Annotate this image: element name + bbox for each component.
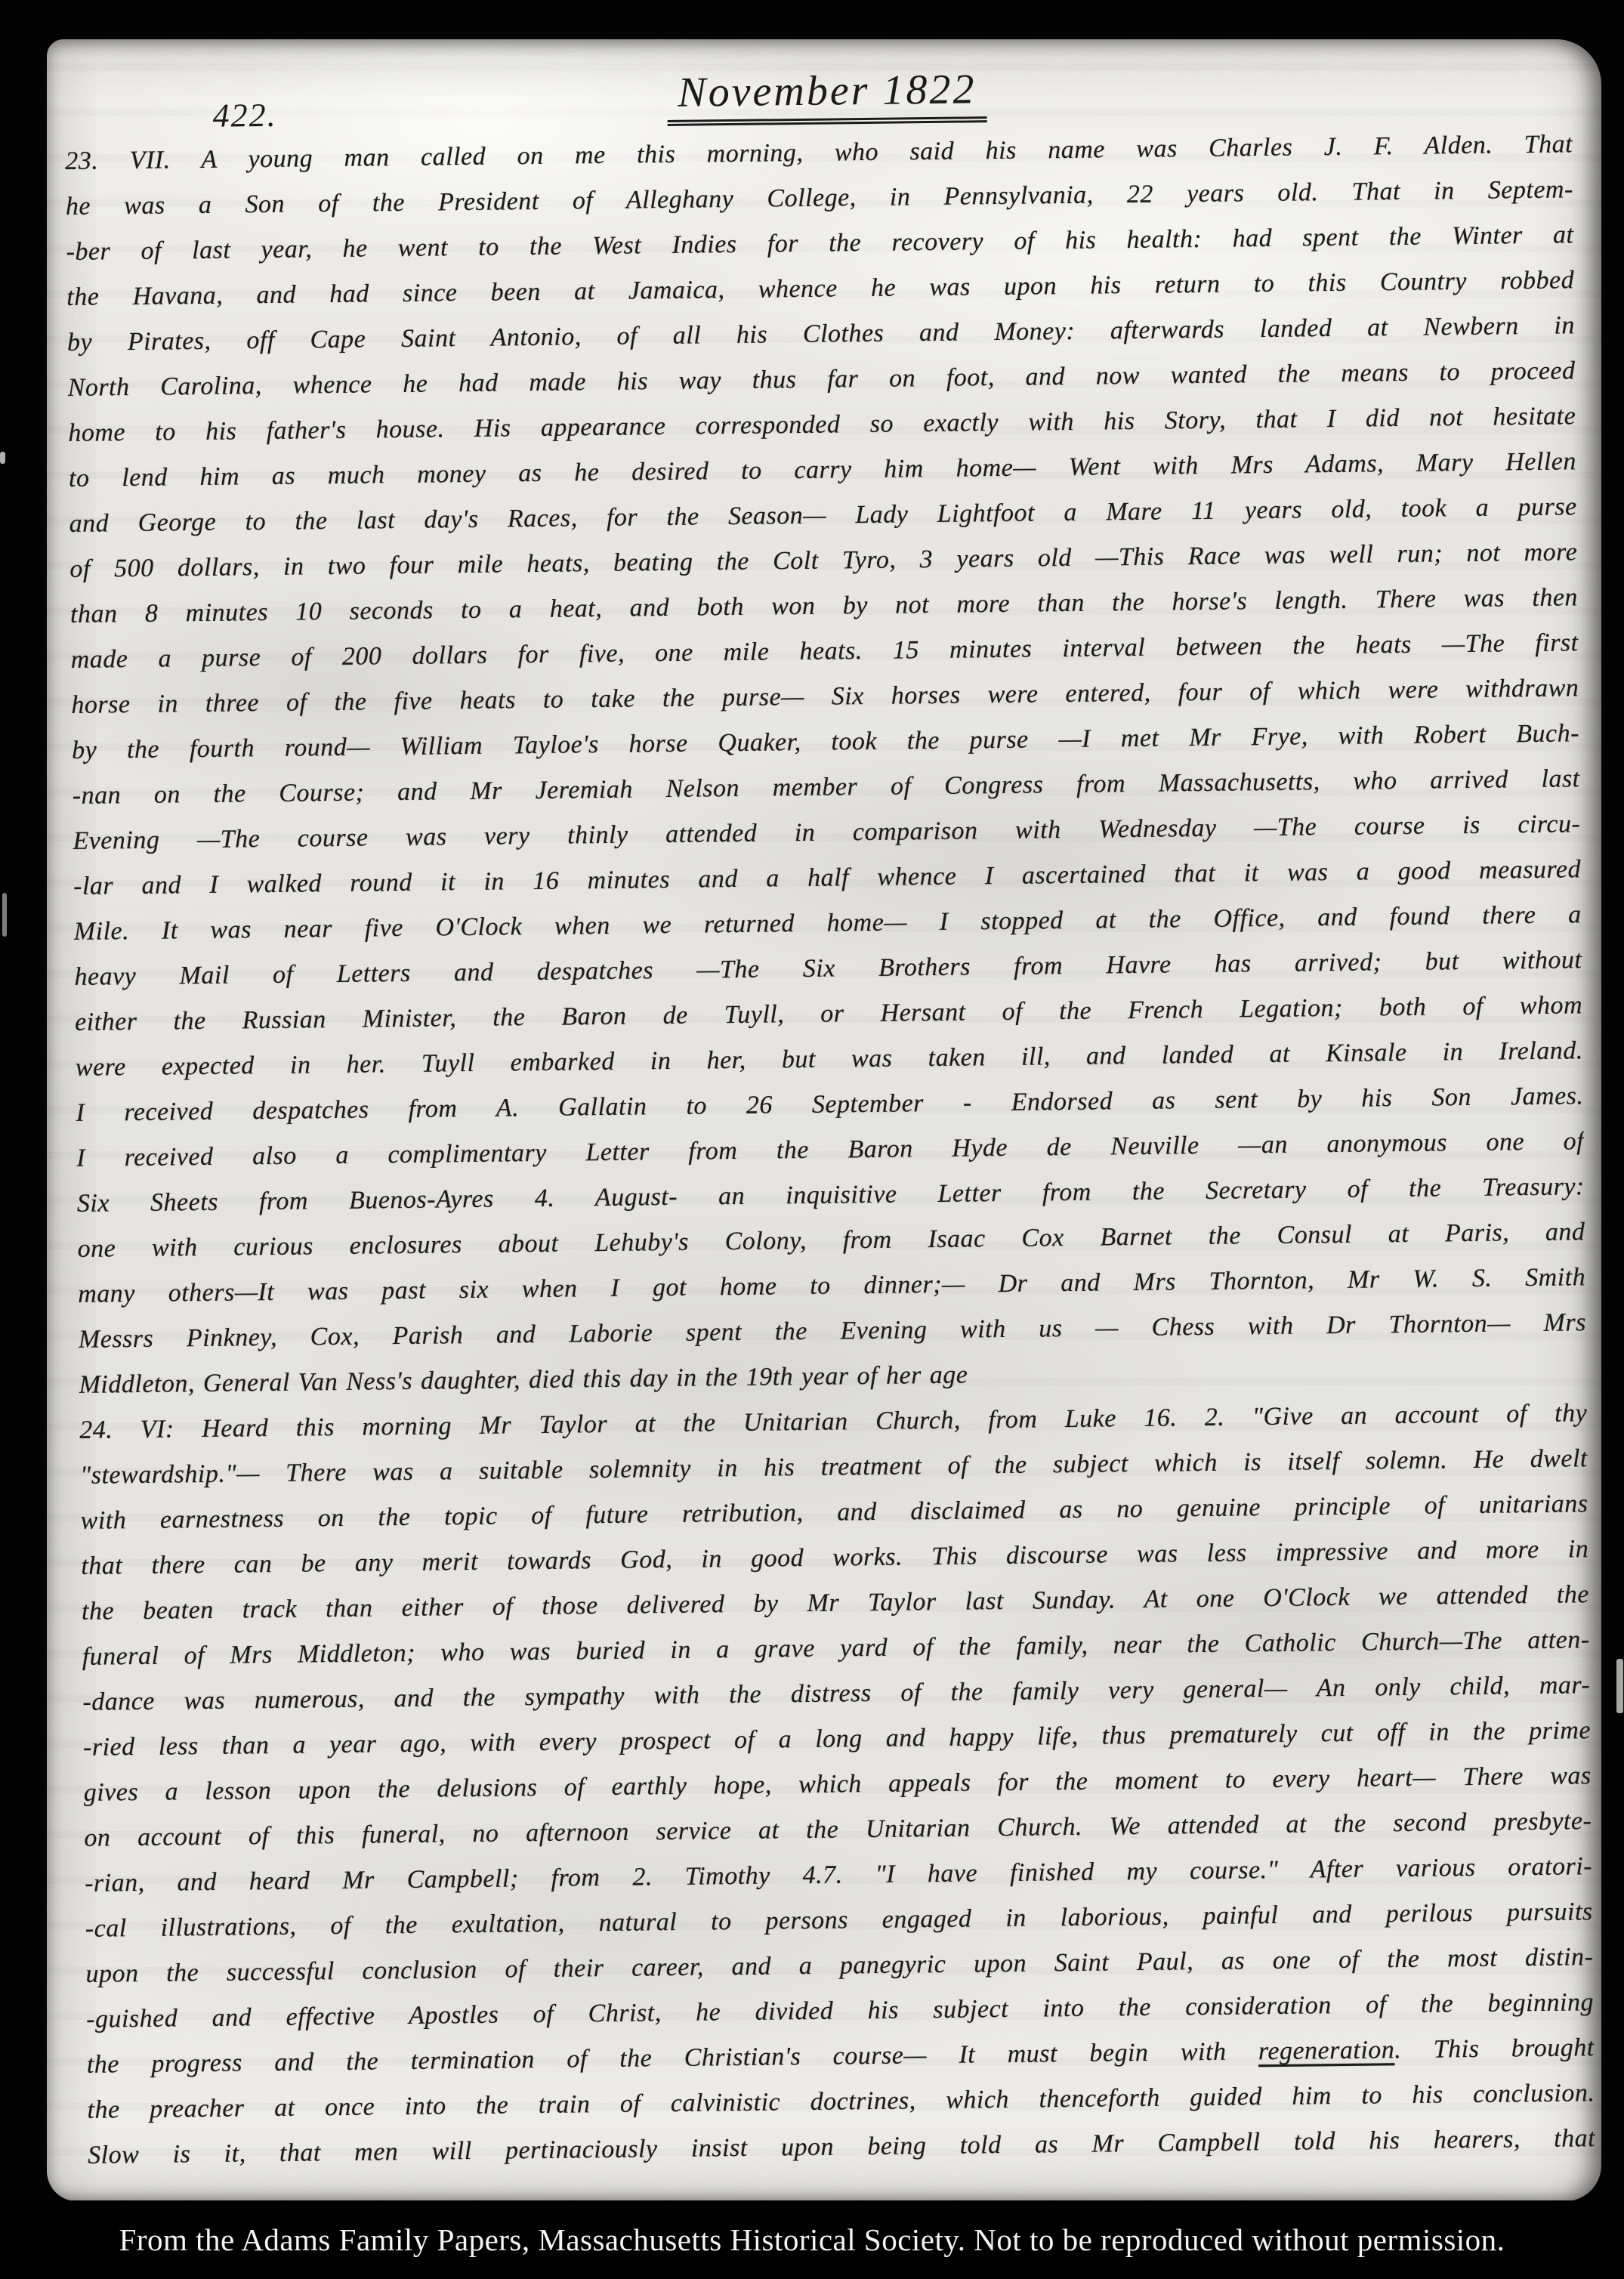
scan-artifact: [2, 893, 7, 937]
scan-artifact: [1616, 1659, 1623, 1713]
manuscript-page: 422. November 1822 23. VII. A young man …: [47, 39, 1601, 2201]
manuscript-text: 23. VII. A young man called on me this m…: [65, 122, 1596, 2178]
scan-artifact: [0, 452, 5, 464]
page-number: 422.: [212, 96, 277, 135]
caption-text: From the Adams Family Papers, Massachuse…: [119, 2222, 1505, 2258]
caption-bar: From the Adams Family Papers, Massachuse…: [0, 2200, 1624, 2279]
scanned-diary-page: 422. November 1822 23. VII. A young man …: [0, 0, 1624, 2279]
underlined-word: regeneration: [1258, 2036, 1395, 2065]
manuscript-content: 422. November 1822 23. VII. A young man …: [63, 39, 1595, 2201]
page-title: November 1822: [667, 65, 987, 126]
